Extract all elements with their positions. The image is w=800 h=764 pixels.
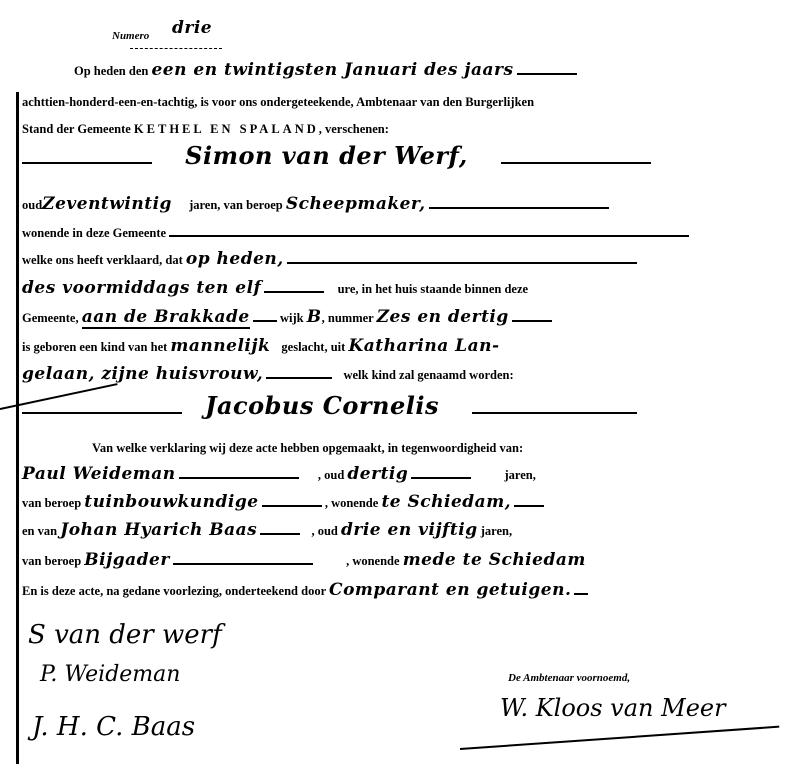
blank-line [169, 225, 689, 237]
blank-line [429, 197, 609, 209]
handwritten-signed-by: Comparant en getuigen. [329, 580, 571, 600]
line-declarant: Simon van der Werf, [22, 148, 762, 168]
handwritten-witness2-age: drie en vijftig [341, 520, 478, 540]
line-signed-by: En is deze acte, na gedane voorlezing, o… [22, 582, 762, 599]
handwritten-date: een en twintigsten Januari des jaars [151, 60, 513, 80]
handwritten-when: op heden, [186, 249, 284, 269]
text-van-beroep: van beroep [22, 496, 81, 510]
line-age-profession: oudZeventwintig jaren, van beroep Scheep… [22, 196, 762, 213]
line-residence: wonende in deze Gemeente [22, 225, 762, 241]
text-jaren: jaren, [505, 468, 536, 482]
text-wonende: wonende in deze Gemeente [22, 226, 166, 240]
handwritten-time: des voormiddags ten elf [22, 278, 261, 298]
handwritten-street: aan de Brakkade [82, 307, 250, 329]
handwritten-sex: mannelijk [170, 336, 270, 356]
line-born: is geboren een kind van het mannelijk ge… [22, 338, 762, 355]
blank-line [179, 467, 299, 479]
text-gemeente: Gemeente, [22, 311, 79, 325]
signature-witness2: J. H. C. Baas [32, 712, 195, 742]
handwritten-house-number: Zes en dertig [377, 307, 509, 327]
numero-value: drie [172, 18, 212, 38]
line-location: Gemeente, aan de Brakkade wijk B, nummer… [22, 309, 762, 326]
text-geslacht-uit: geslacht, uit [281, 340, 345, 354]
line-witness2: en van Johan Hyarich Baas , oud drie en … [22, 522, 762, 539]
left-margin-rule [16, 92, 19, 764]
blank-line [266, 367, 332, 379]
text-van-beroep: van beroep [22, 554, 81, 568]
gemeente-name: KETHEL EN SPALAND [134, 122, 319, 136]
text-stand-der-gemeente: Stand der Gemeente [22, 122, 131, 136]
handwritten-witness1-residence: te Schiedam, [381, 492, 511, 512]
text-jaren: jaren, [481, 524, 512, 538]
handwritten-age: Zeventwintig [42, 194, 172, 214]
handwritten-wijk: B [307, 307, 322, 327]
line-date: Op heden den een en twintigsten Januari … [74, 62, 762, 79]
blank-line [264, 281, 324, 293]
blank-line [22, 402, 182, 414]
handwritten-child-name: Jacobus Cornelis [205, 391, 439, 420]
handwritten-witness2-name: Johan Hyarich Baas [60, 520, 257, 540]
handwritten-witness1-name: Paul Weideman [22, 464, 176, 484]
text-nummer: , nummer [322, 311, 374, 325]
handwritten-mother-name: Katharina Lan- [348, 336, 499, 356]
text-verklaard: welke ons heeft verklaard, dat [22, 253, 183, 267]
text-oud: oud [22, 198, 42, 212]
text-oud: , oud [318, 468, 344, 482]
signature-official: W. Kloos van Meer [500, 694, 726, 722]
text-ure-huis: ure, in het huis staande binnen deze [338, 282, 528, 296]
blank-line [253, 310, 277, 322]
blank-line [472, 402, 637, 414]
text-wonende: , wonende [346, 554, 399, 568]
text-is-geboren: is geboren een kind van het [22, 340, 167, 354]
text-en-van: en van [22, 524, 57, 538]
signature-declarant: S van der werf [28, 620, 222, 650]
line-year: achttien-honderd-een-en-tachtig, is voor… [22, 94, 762, 110]
line-gemeente: Stand der Gemeente KETHEL EN SPALAND, ve… [22, 121, 762, 137]
text-wijk: wijk [280, 311, 304, 325]
handwritten-mother-name-cont: gelaan, zijne huisvrouw, [22, 364, 263, 384]
text-jaren-van-beroep: jaren, van beroep [189, 198, 283, 212]
blank-line [22, 152, 152, 164]
handwritten-profession: Scheepmaker, [286, 194, 426, 214]
text-wonende: , wonende [325, 496, 378, 510]
blank-line [262, 495, 322, 507]
text-op-heden: Op heden den [74, 64, 148, 78]
handwritten-witness1-profession: tuinbouwkundige [84, 492, 258, 512]
line-child-name: Jacobus Cornelis [22, 398, 762, 418]
blank-line [411, 467, 471, 479]
line-witness1: Paul Weideman , oud dertig jaren, [22, 466, 762, 483]
line-declared: welke ons heeft verklaard, dat op heden, [22, 251, 762, 268]
signature-flourish [460, 726, 779, 750]
blank-line [512, 310, 552, 322]
blank-line [287, 252, 637, 264]
line-witness1-profession: van beroep tuinbouwkundige , wonende te … [22, 494, 762, 511]
line-time: des voormiddags ten elf ure, in het huis… [22, 280, 762, 297]
line-witnesses-intro: Van welke verklaring wij deze acte hebbe… [92, 440, 762, 456]
line-child-name-intro: gelaan, zijne huisvrouw, welk kind zal g… [22, 366, 762, 383]
line-witness2-profession: van beroep Bijgader , wonende mede te Sc… [22, 552, 762, 569]
blank-line [517, 63, 577, 75]
blank-line [501, 152, 651, 164]
numero-divider [130, 48, 222, 50]
text-onderteekend-door: En is deze acte, na gedane voorlezing, o… [22, 584, 326, 598]
official-label: De Ambtenaar voornoemd, [508, 672, 630, 684]
text-verschenen: , verschenen: [319, 122, 389, 136]
blank-line [514, 495, 544, 507]
handwritten-declarant-name: Simon van der Werf, [185, 141, 468, 170]
blank-line [574, 583, 588, 595]
numero-label: Numero [112, 30, 149, 42]
blank-line [173, 553, 313, 565]
blank-line [260, 523, 300, 535]
signature-witness1: P. Weideman [40, 662, 180, 687]
handwritten-witness2-residence: mede te Schiedam [403, 550, 586, 570]
text-welk-kind: welk kind zal genaamd worden: [343, 368, 513, 382]
handwritten-witness1-age: dertig [347, 464, 408, 484]
text-oud: , oud [311, 524, 337, 538]
handwritten-witness2-profession: Bijgader [84, 550, 170, 570]
